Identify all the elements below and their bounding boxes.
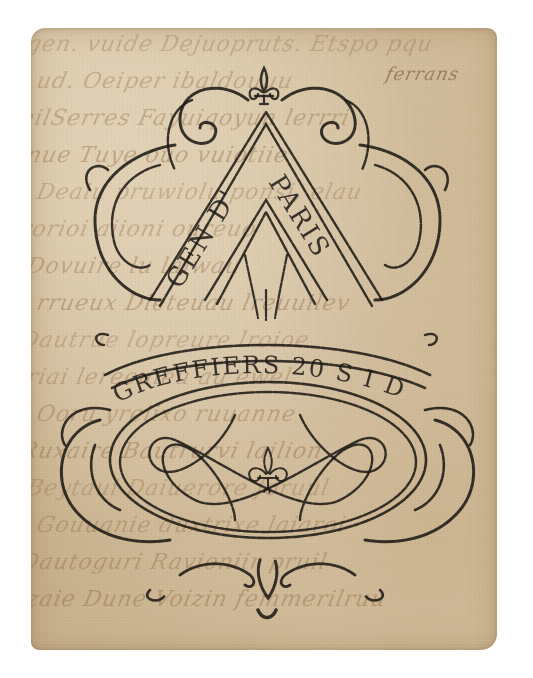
fleur-de-lis-top-icon (250, 68, 279, 104)
ink-stamp: GEN D' PARIS GREFFIERS 20 S I D (0, 0, 533, 678)
stamp-text-right: PARIS (262, 170, 336, 264)
document-scan: gen. vuide Dejuopruts. Etspo pquud. Oeip… (0, 0, 533, 678)
fleur-de-lis-center-icon (249, 448, 287, 494)
